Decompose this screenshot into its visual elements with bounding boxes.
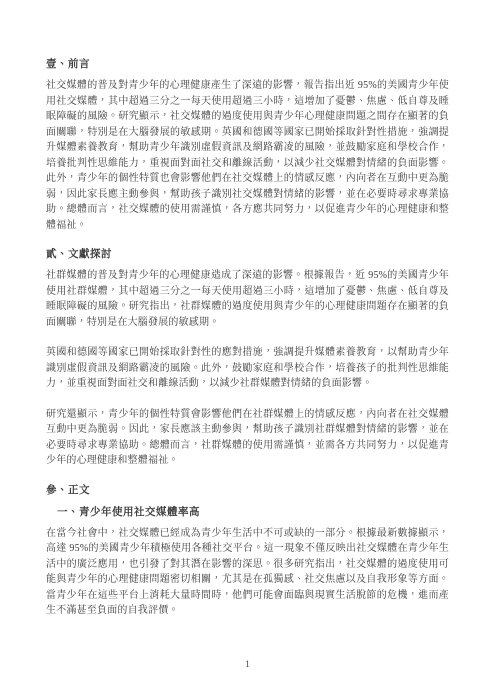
main-text-paragraph-1: 在當今社會中，社交媒體已經成為青少年生活中不可或缺的一部分。根據最新數據顯示，高… <box>46 526 449 619</box>
document-page: 壹、前言 社交媒體的普及對青少年的心理健康產生了深遠的影響，報告指出近 95%的… <box>0 0 495 700</box>
introduction-paragraph: 社交媒體的普及對青少年的心理健康產生了深遠的影響，報告指出近 95%的美國青少年… <box>46 78 449 233</box>
section-introduction: 壹、前言 社交媒體的普及對青少年的心理健康產生了深遠的影響，報告指出近 95%的… <box>46 57 449 233</box>
section-heading-main-text: 參、正文 <box>46 483 449 498</box>
literature-review-paragraph-3: 研究還顯示，青少年的個性特質會影響他們在社群媒體上的情感反應，內向者在社交媒體互… <box>46 407 449 469</box>
section-literature-review: 貳、文獻探討 社群媒體的普及對青少年的心理健康造成了深遠的影響。根據報告，近 9… <box>46 247 449 469</box>
page-number: 1 <box>0 660 495 670</box>
subheading-teen-social-media-usage: 一、青少年使用社交媒體率高 <box>57 505 449 520</box>
literature-review-paragraph-2: 英國和德國等國家已開始採取針對性的應對措施，強調提升媒體素養教育，以幫助青少年識… <box>46 345 449 392</box>
literature-review-paragraph-1: 社群媒體的普及對青少年的心理健康造成了深遠的影響。根據報告，近 95%的美國青少… <box>46 268 449 330</box>
section-heading-introduction: 壹、前言 <box>46 57 449 72</box>
document-content: 壹、前言 社交媒體的普及對青少年的心理健康產生了深遠的影響，報告指出近 95%的… <box>0 0 495 619</box>
section-main-text: 參、正文 一、青少年使用社交媒體率高 在當今社會中，社交媒體已經成為青少年生活中… <box>46 483 449 619</box>
section-heading-literature-review: 貳、文獻探討 <box>46 247 449 262</box>
